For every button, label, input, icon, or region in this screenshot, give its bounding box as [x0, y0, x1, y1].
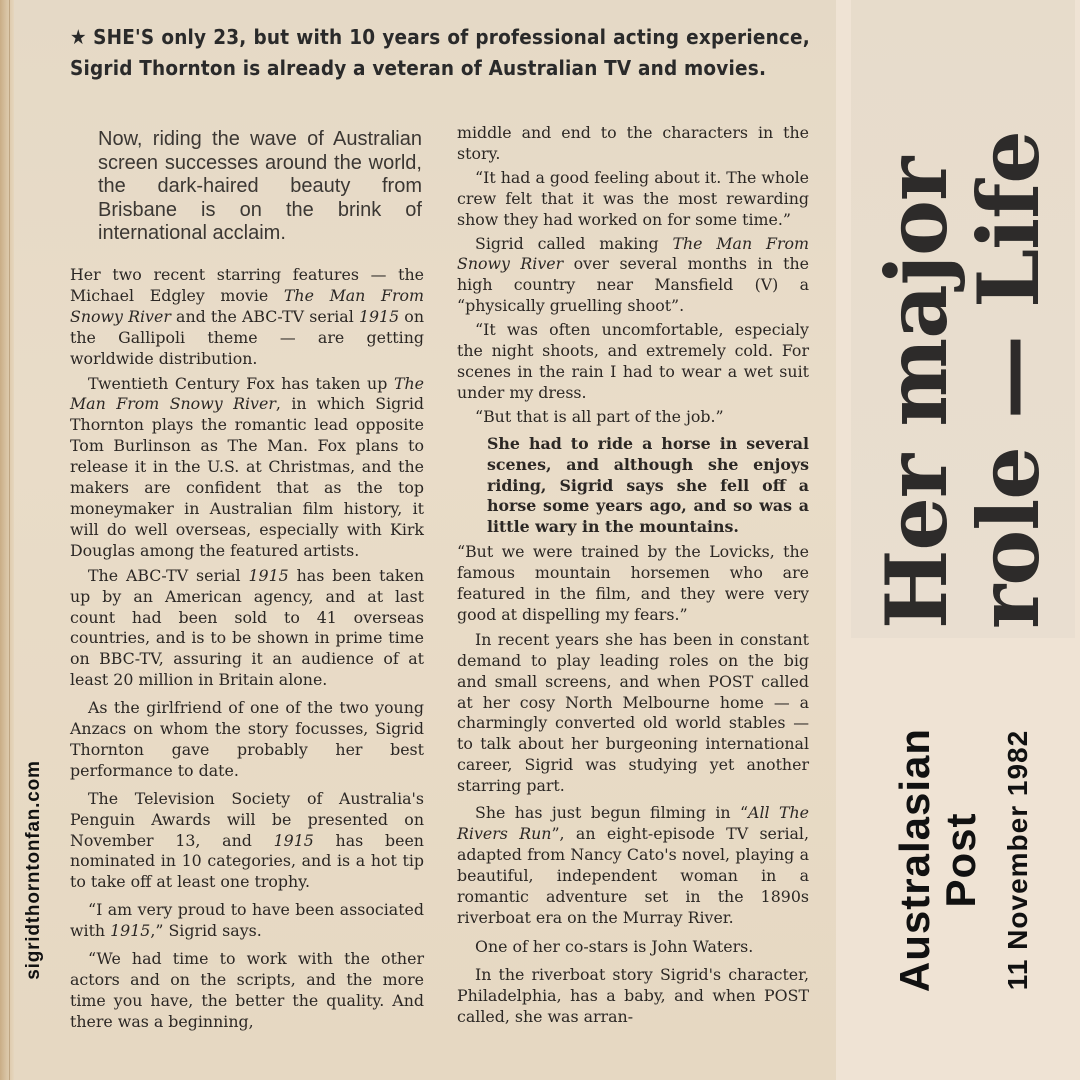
paragraph: Her two recent starring features — the M…	[70, 265, 424, 370]
publication-name-line-2: Post	[938, 660, 984, 1060]
paragraph: The ABC-TV serial 1915 has been taken up…	[70, 566, 424, 691]
paragraph: “I am very proud to have been associated…	[70, 900, 424, 942]
publication-date: 11 November 1982	[1002, 660, 1034, 1060]
paragraph: “It had a good feeling about it. The who…	[457, 168, 809, 231]
star-icon: ★	[70, 25, 87, 49]
paragraph: The Television Society of Australia's Pe…	[70, 789, 424, 894]
paragraph: “But we were trained by the Lovicks, the…	[457, 542, 809, 626]
paragraph: “It was often uncomfortable, especialy t…	[457, 320, 809, 404]
intro-paragraph: Now, riding the wave of Australian scree…	[98, 128, 422, 246]
paragraph: In recent years she has been in constant…	[457, 630, 809, 797]
left-column: Her two recent starring features — the M…	[70, 265, 424, 1033]
right-column: middle and end to the characters in the …	[457, 123, 809, 1028]
paragraph: She has just begun filming in “All The R…	[457, 803, 809, 928]
publication-name-line-1: Australasian	[892, 660, 938, 1060]
series-title: 1915	[359, 307, 399, 326]
source-caption: Australasian Post 11 November 1982	[851, 650, 1075, 1070]
paragraph: One of her co-stars is John Waters.	[457, 937, 809, 958]
paragraph: Twentieth Century Fox has taken up The M…	[70, 374, 424, 562]
paragraph: “We had time to work with the other acto…	[70, 949, 424, 1033]
bold-caption: She had to ride a horse in several scene…	[487, 434, 809, 539]
series-title: 1915	[274, 831, 314, 850]
standfirst: ★SHE'S only 23, but with 10 years of pro…	[70, 22, 810, 84]
headline-line-1: Her major	[871, 9, 963, 629]
paragraph: In the riverboat story Sigrid's characte…	[457, 965, 809, 1028]
headline-line-2: role — Life	[963, 9, 1055, 629]
paragraph: As the girlfriend of one of the two youn…	[70, 698, 424, 782]
headline: Her major role — Life	[851, 0, 1075, 638]
series-title: 1915	[248, 566, 288, 585]
paragraph: Sigrid called making The Man From Snowy …	[457, 234, 809, 318]
page-binding	[0, 0, 14, 1080]
series-title: 1915	[110, 921, 150, 940]
paragraph: “But that is all part of the job.”	[457, 407, 809, 428]
standfirst-text: SHE'S only 23, but with 10 years of prof…	[70, 25, 810, 80]
watermark-text: sigridthorntonfan.com	[23, 760, 45, 979]
paragraph: middle and end to the characters in the …	[457, 123, 809, 165]
